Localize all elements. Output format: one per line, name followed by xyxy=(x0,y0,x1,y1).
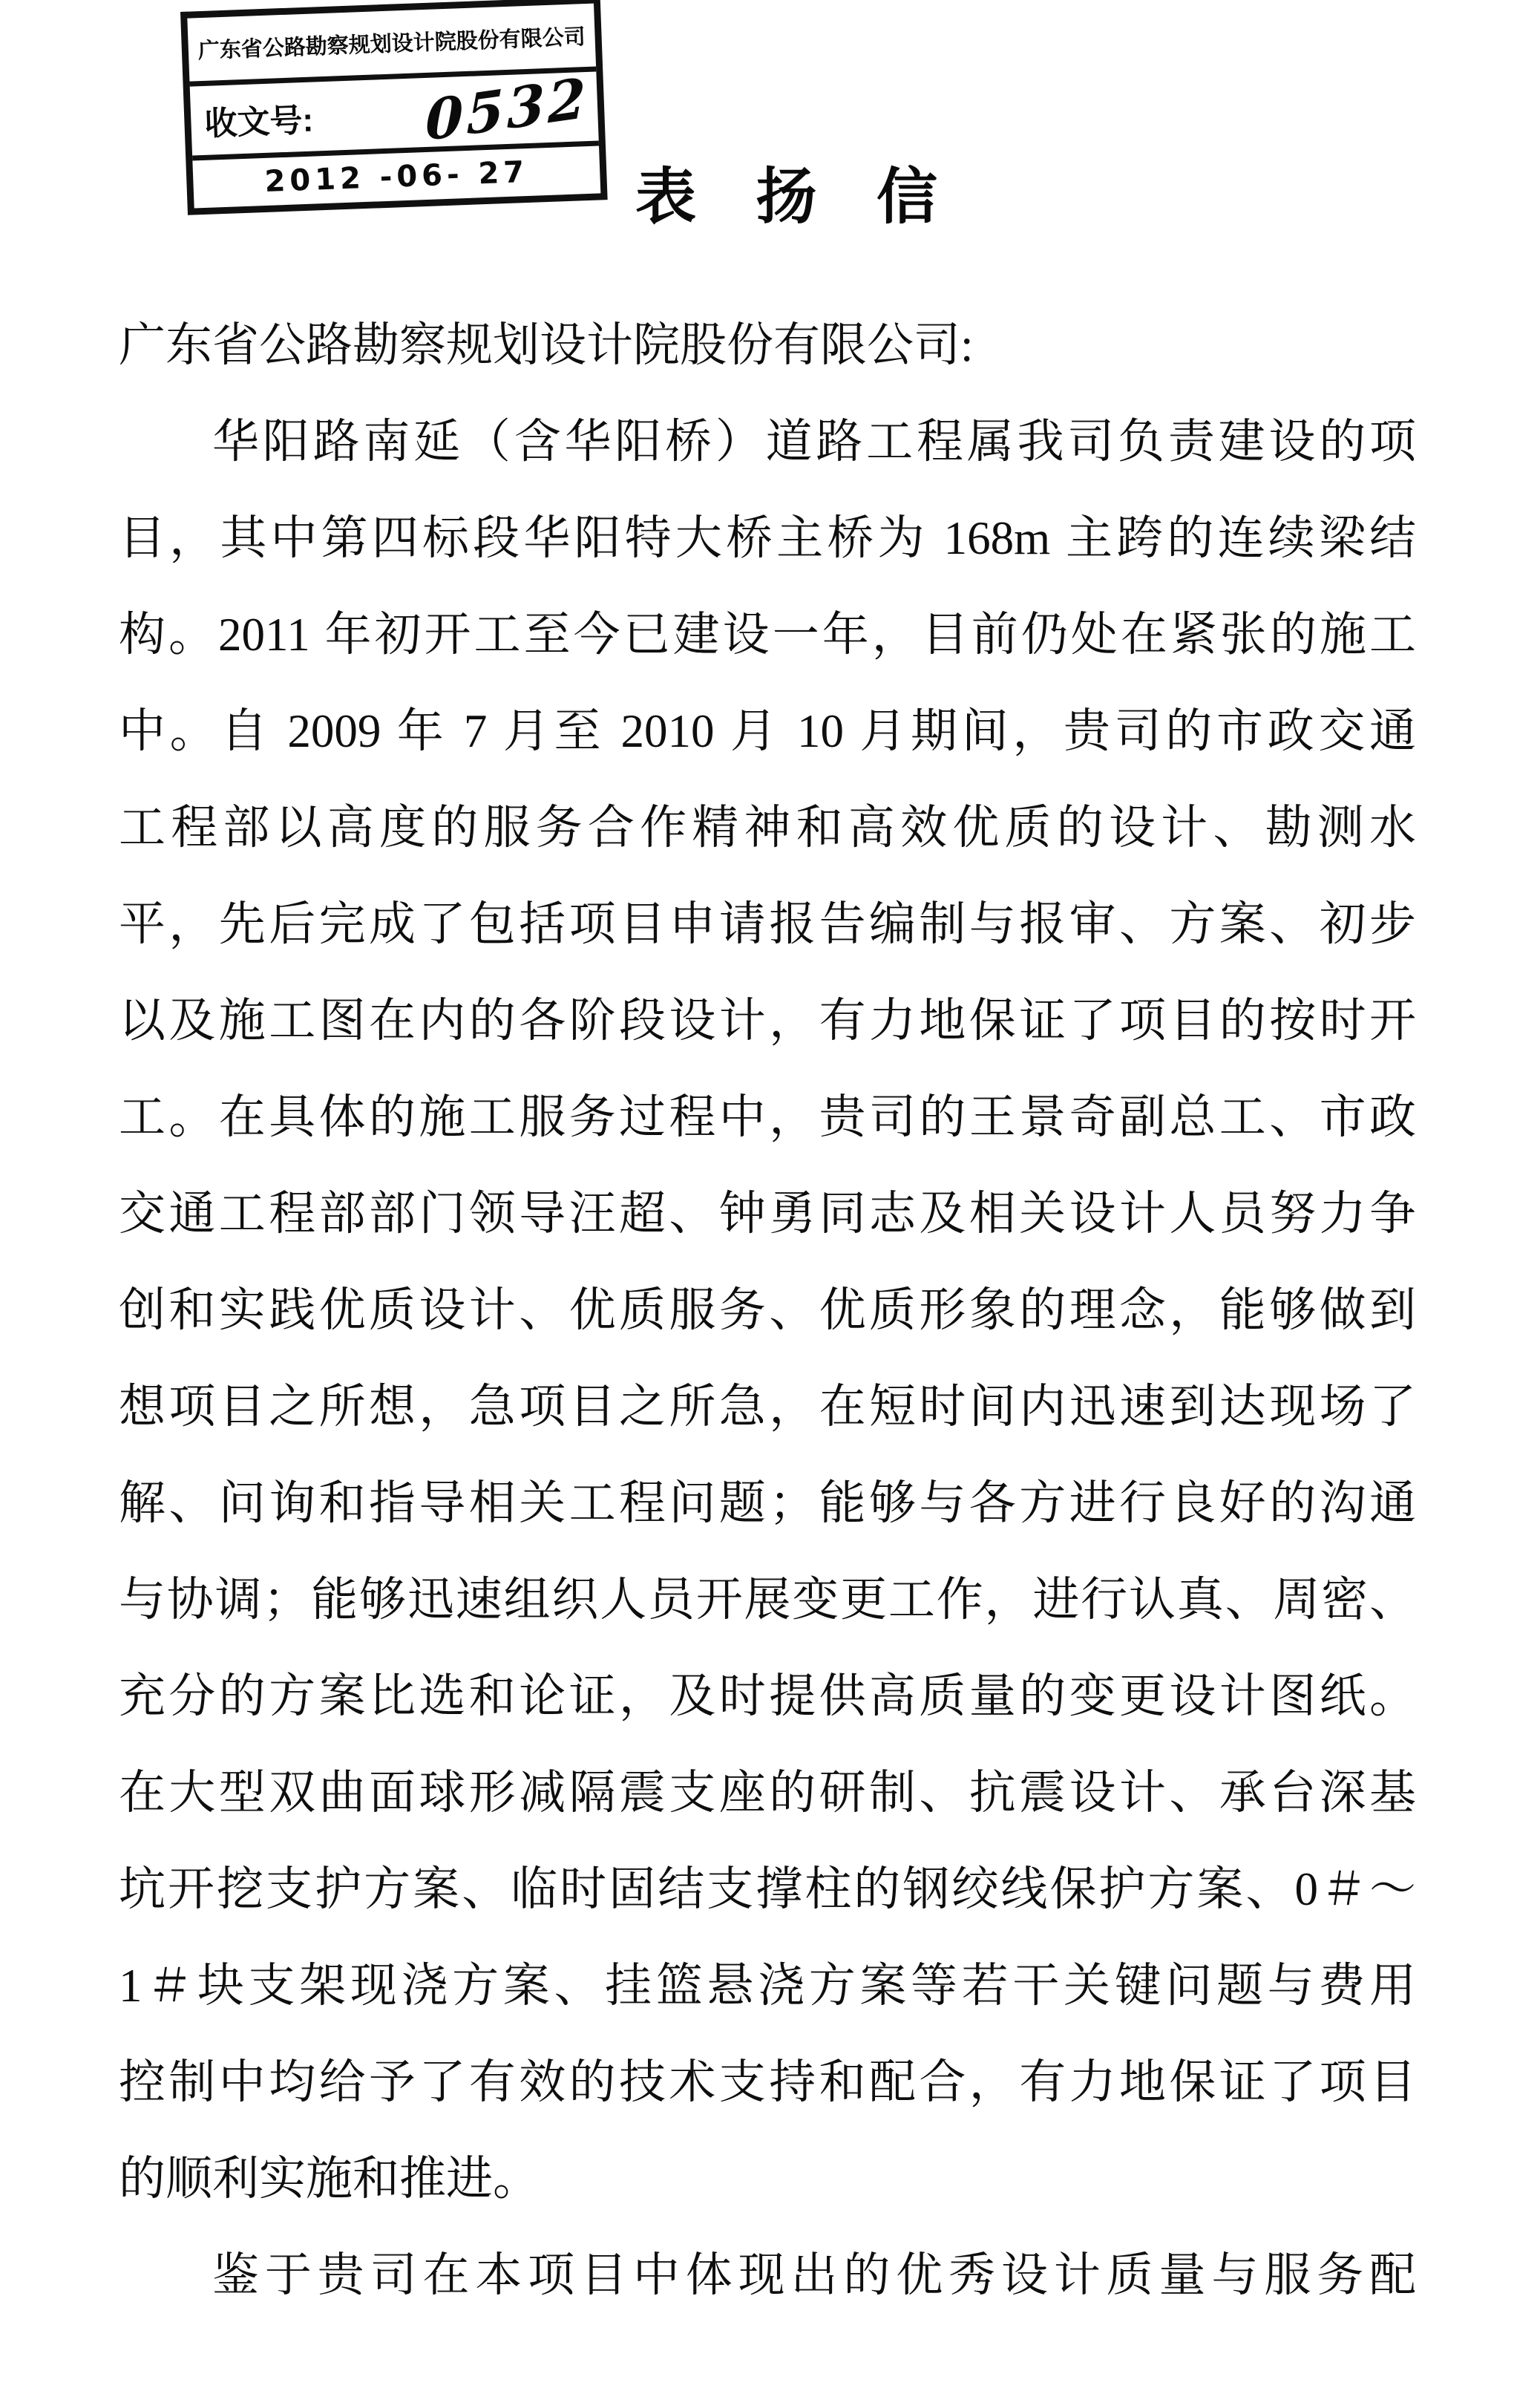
body-line: 中。自 2009 年 7 月至 2010 月 10 月期间，贵司的市政交通 xyxy=(119,683,1416,779)
body-line: 平，先后完成了包括项目申请报告编制与报审、方案、初步 xyxy=(119,876,1416,972)
body-line: 鉴于贵司在本项目中体现出的优秀设计质量与服务配 xyxy=(119,2227,1416,2323)
body-line: 目，其中第四标段华阳特大桥主桥为 168m 主跨的连续梁结 xyxy=(119,490,1416,586)
body-line: 构。2011 年初开工至今已建设一年，目前仍处在紧张的施工 xyxy=(119,586,1416,683)
receipt-number-label: 收文号: xyxy=(203,93,314,144)
body-line: 控制中均给予了有效的技术支持和配合，有力地保证了项目 xyxy=(119,2034,1416,2130)
salutation: 广东省公路勘察规划设计院股份有限公司: xyxy=(119,297,1416,393)
body-line: 想项目之所想，急项目之所急，在短时间内迅速到达现场了 xyxy=(119,1358,1416,1455)
body-line: 充分的方案比选和论证，及时提供高质量的变更设计图纸。 xyxy=(119,1648,1416,1744)
received-stamp-box: 广东省公路勘察规划设计院股份有限公司 收文号: 0532 2012 -06- 2… xyxy=(180,0,608,215)
body-line: 解、问询和指导相关工程问题；能够与各方进行良好的沟通 xyxy=(119,1455,1416,1551)
body-line: 的顺利实施和推进。 xyxy=(119,2130,1416,2227)
letter-title: 表 扬 信 xyxy=(635,148,960,235)
body-line: 与协调；能够迅速组织人员开展变更工作，进行认真、周密、 xyxy=(119,1551,1416,1648)
body-line: 华阳路南延（含华阳桥）道路工程属我司负责建设的项 xyxy=(119,393,1416,490)
body-line: 创和实践优质设计、优质服务、优质形象的理念，能够做到 xyxy=(119,1262,1416,1358)
body-line: 在大型双曲面球形减隔震支座的研制、抗震设计、承台深基 xyxy=(119,1744,1416,1841)
body-line: 工程部以高度的服务合作精神和高效优质的设计、勘测水 xyxy=(119,779,1416,876)
body-line: 交通工程部部门领导汪超、钟勇同志及相关设计人员努力争 xyxy=(119,1165,1416,1262)
scanned-letter-page: 广东省公路勘察规划设计院股份有限公司 收文号: 0532 2012 -06- 2… xyxy=(0,0,1540,2394)
body-line: 以及施工图在内的各阶段设计，有力地保证了项目的按时开 xyxy=(119,972,1416,1069)
body-line: 1＃块支架现浇方案、挂篮悬浇方案等若干关键问题与费用 xyxy=(119,1937,1416,2034)
receipt-number-handwritten: 0532 xyxy=(425,65,589,153)
body-line: 坑开挖支护方案、临时固结支撑柱的钢绞线保护方案、0＃～ xyxy=(119,1841,1416,1937)
body-line: 工。在具体的施工服务过程中，贵司的王景奇副总工、市政 xyxy=(119,1069,1416,1165)
letter-body: 广东省公路勘察规划设计院股份有限公司: 华阳路南延（含华阳桥）道路工程属我司负责… xyxy=(119,297,1416,2323)
